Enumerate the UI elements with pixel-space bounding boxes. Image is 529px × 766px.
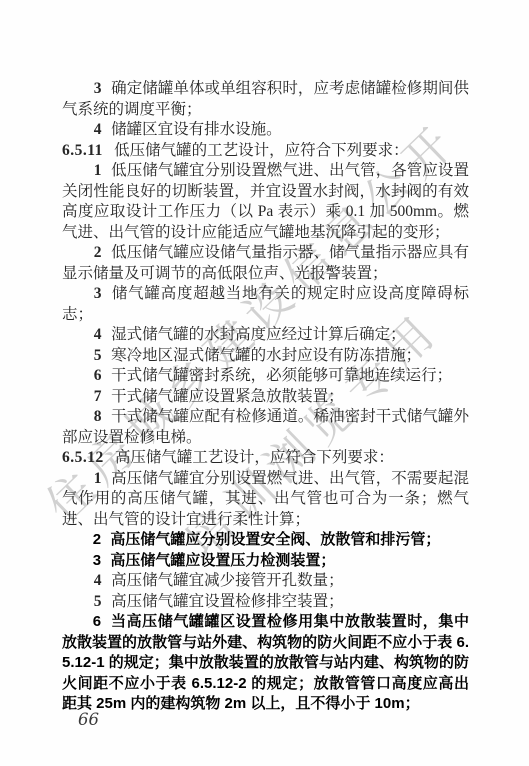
- item-number: 1: [94, 470, 102, 487]
- list-item: 5高压储气罐宜设置检修排空装置；: [62, 592, 469, 613]
- clause-heading: 6.5.12高压储气罐工艺设计，应符合下列要求：: [62, 448, 469, 469]
- list-item: 1低压储气罐宜分别设置燃气进、出气管，各管应设置关闭性能良好的切断装置，并宜设置…: [62, 161, 469, 243]
- list-item: 2高压储气罐应分别设置安全阀、放散管和排污管；: [62, 530, 469, 551]
- list-item: 6当高压储气罐罐区设置检修用集中放散装置时，集中放散装置的放散管与站外建、构筑物…: [62, 612, 469, 715]
- list-item: 6干式储气罐密封系统，必须能够可靠地连续运行；: [62, 366, 469, 387]
- clause-number: 6.5.12: [62, 449, 104, 466]
- item-number: 8: [94, 408, 102, 425]
- item-number: 1: [94, 162, 102, 179]
- list-item: 1高压储气罐宜分别设置燃气进、出气管，不需要起混气作用的高压储气罐，其进、出气管…: [62, 469, 469, 531]
- clause-text: 高压储气罐工艺设计，应符合下列要求：: [115, 449, 394, 466]
- item-text: 低压储气罐宜分别设置燃气进、出气管，各管应设置关闭性能良好的切断装置，并宜设置水…: [62, 162, 469, 241]
- list-item: 5寒冷地区湿式储气罐的水封应设有防冻措施；: [62, 346, 469, 367]
- item-text: 高压储气罐宜设置检修排空装置；: [111, 593, 344, 610]
- item-text: 寒冷地区湿式储气罐的水封应设有防冻措施；: [111, 347, 421, 364]
- list-item: 3确定储罐单体或单组容积时，应考虑储罐检修期间供气系统的调度平衡；: [62, 79, 469, 120]
- list-item: 2低压储气罐应设储气量指示器、储气量指示器应具有显示储量及可调节的高低限位声、光…: [62, 243, 469, 284]
- item-number: 3: [94, 80, 102, 97]
- item-text: 高压储气罐应设置压力检测装置；: [110, 552, 335, 569]
- item-text: 干式储气罐应设置紧急放散装置；: [111, 388, 344, 405]
- item-number: 4: [94, 121, 102, 138]
- item-text: 高压储气罐应分别设置安全阀、放散管和排污管；: [110, 531, 440, 548]
- item-text: 储罐区宜设有排水设施。: [111, 121, 282, 138]
- clause-number: 6.5.11: [62, 142, 103, 159]
- item-number: 2: [94, 244, 102, 261]
- page-number: 66: [78, 710, 99, 729]
- item-number: 4: [94, 326, 102, 343]
- list-item: 7干式储气罐应设置紧急放散装置；: [62, 387, 469, 408]
- item-number: 4: [94, 572, 102, 589]
- list-item: 4储罐区宜设有排水设施。: [62, 120, 469, 141]
- item-number: 7: [94, 388, 102, 405]
- item-text: 高压储气罐宜分别设置燃气进、出气管，不需要起混气作用的高压储气罐，其进、出气管也…: [62, 470, 469, 528]
- item-text: 干式储气罐密封系统，必须能够可靠地连续运行；: [111, 367, 452, 384]
- list-item: 8干式储气罐应配有检修通道。稀油密封干式储气罐外部应设置检修电梯。: [62, 407, 469, 448]
- item-number: 6: [94, 367, 102, 384]
- item-number: 3: [93, 552, 101, 569]
- page-content: 3确定储罐单体或单组容积时，应考虑储罐检修期间供气系统的调度平衡；4储罐区宜设有…: [62, 79, 469, 715]
- item-text: 高压储气罐宜减少接管开孔数量；: [111, 572, 344, 589]
- item-number: 5: [94, 593, 102, 610]
- list-item: 3高压储气罐应设置压力检测装置；: [62, 551, 469, 572]
- item-text: 储气罐高度超越当地有关的规定时应设高度障碍标志；: [62, 285, 469, 323]
- item-text: 确定储罐单体或单组容积时，应考虑储罐检修期间供气系统的调度平衡；: [62, 80, 469, 118]
- item-text: 湿式储气罐的水封高度应经过计算后确定；: [111, 326, 406, 343]
- item-number: 2: [93, 531, 101, 548]
- document-page: 住房城乡建设信息公开 培训浏览专用 3确定储罐单体或单组容积时，应考虑储罐检修期…: [0, 0, 529, 766]
- item-number: 5: [94, 347, 102, 364]
- item-text: 干式储气罐应配有检修通道。稀油密封干式储气罐外部应设置检修电梯。: [62, 408, 469, 446]
- clause-heading: 6.5.11低压储气罐的工艺设计，应符合下列要求：: [62, 141, 469, 162]
- list-item: 4高压储气罐宜减少接管开孔数量；: [62, 571, 469, 592]
- list-item: 3储气罐高度超越当地有关的规定时应设高度障碍标志；: [62, 284, 469, 325]
- item-number: 6: [93, 613, 101, 630]
- item-number: 3: [94, 285, 102, 302]
- item-text: 低压储气罐应设储气量指示器、储气量指示器应具有显示储量及可调节的高低限位声、光报…: [62, 244, 469, 282]
- item-text: 当高压储气罐罐区设置检修用集中放散装置时，集中放散装置的放散管与站外建、构筑物的…: [62, 613, 469, 712]
- list-item: 4湿式储气罐的水封高度应经过计算后确定；: [62, 325, 469, 346]
- clause-text: 低压储气罐的工艺设计，应符合下列要求：: [114, 142, 409, 159]
